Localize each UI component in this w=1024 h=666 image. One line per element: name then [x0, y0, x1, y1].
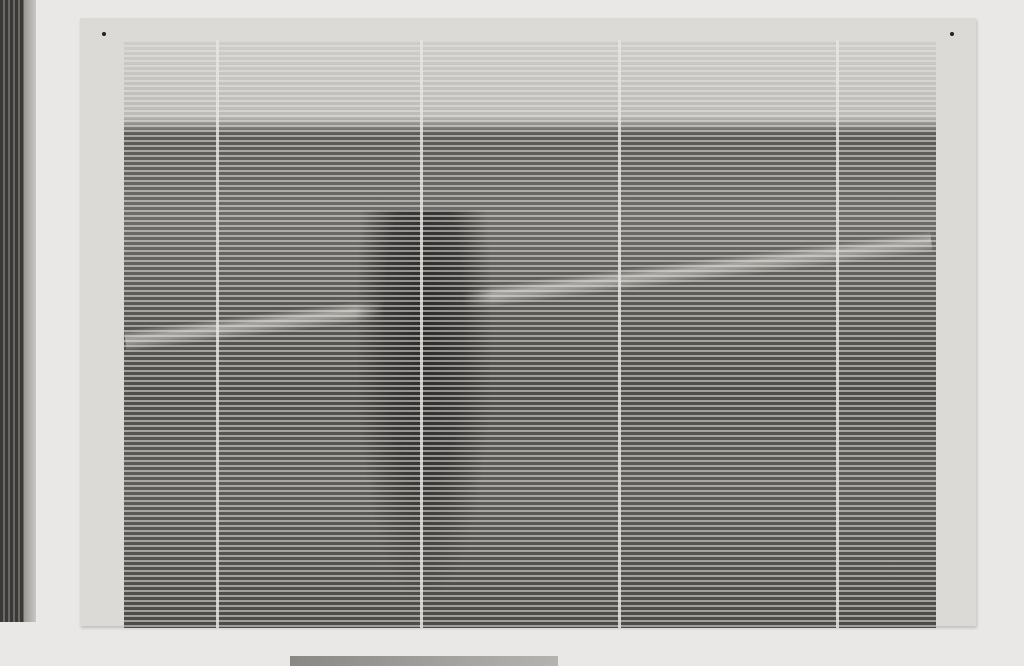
striped-image: [124, 40, 936, 628]
bottom-adjacent-print: [290, 656, 558, 666]
scan-stripes: [124, 40, 936, 628]
pin: [102, 32, 106, 36]
artwork-sheet: [80, 18, 976, 626]
fold-line: [836, 40, 839, 628]
pin: [950, 32, 954, 36]
fold-line: [618, 40, 621, 628]
left-adjacent-print: [0, 0, 36, 622]
fold-line: [216, 40, 219, 628]
fold-line: [420, 40, 423, 628]
